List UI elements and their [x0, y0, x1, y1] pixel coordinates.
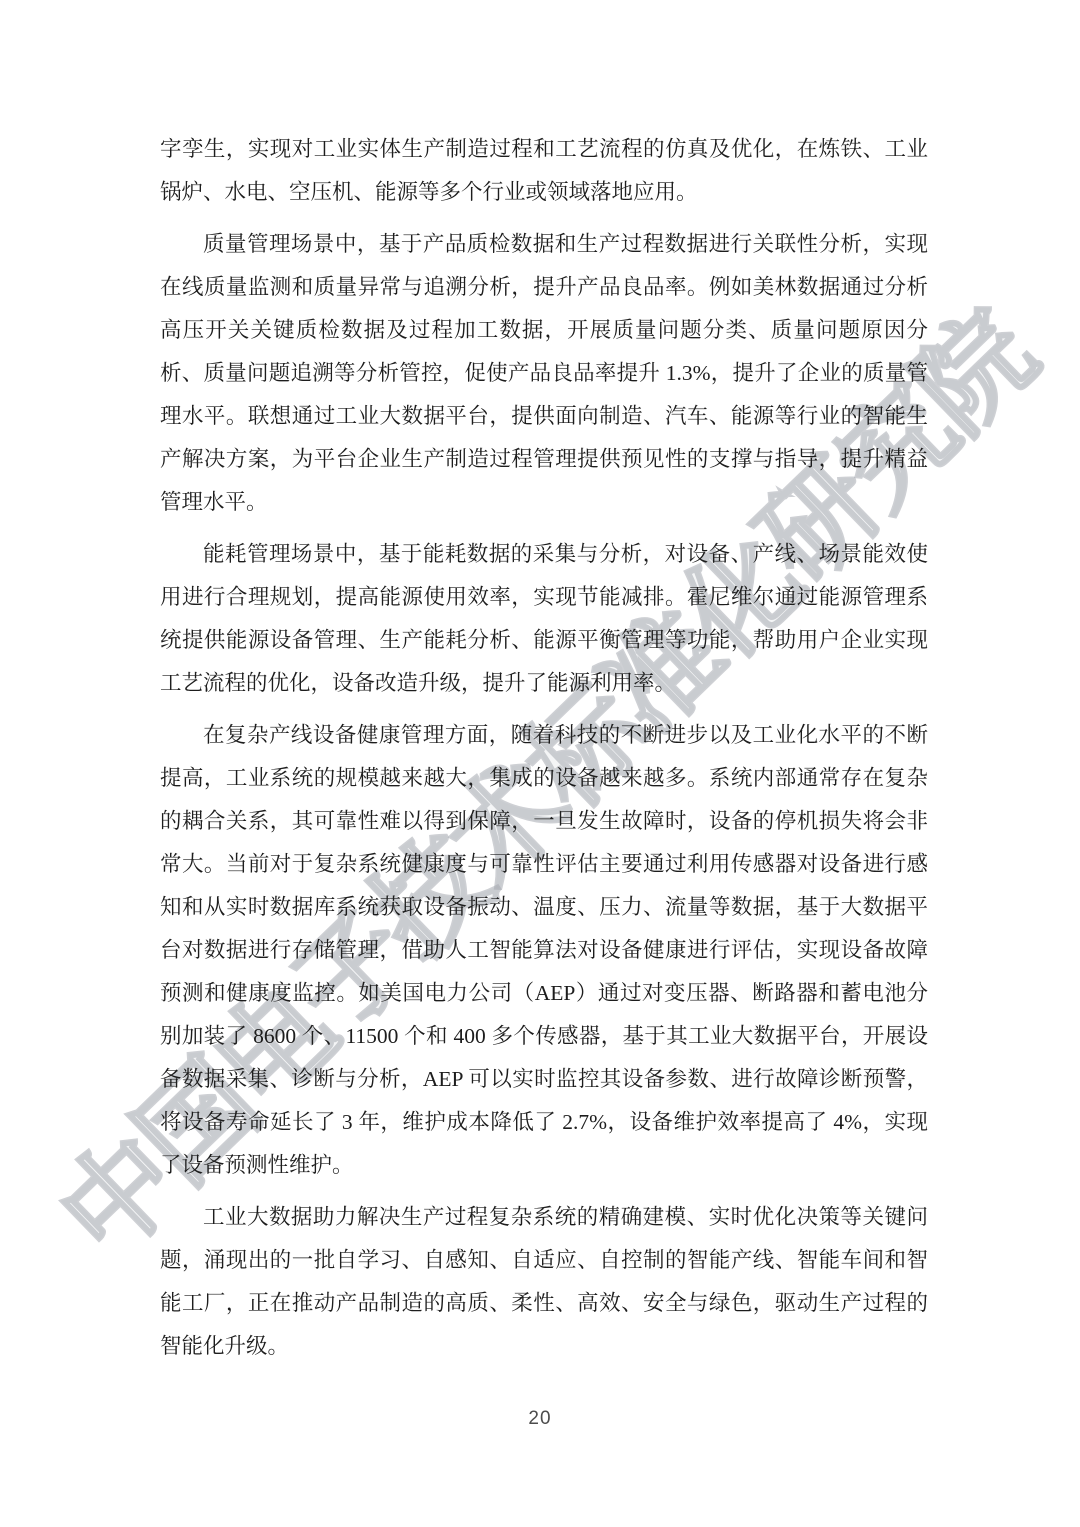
- paragraph-industrial-bigdata-summary: 工业大数据助力解决生产过程复杂系统的精确建模、实时优化决策等关键问题，涌现出的一…: [160, 1196, 928, 1368]
- document-page: 中国电子技术标准化研究院 字孪生，实现对工业实体生产制造过程和工艺流程的仿真及优…: [0, 0, 1080, 1527]
- page-content: 字孪生，实现对工业实体生产制造过程和工艺流程的仿真及优化，在炼铁、工业锅炉、水电…: [160, 128, 928, 1377]
- page-number: 20: [528, 1408, 551, 1430]
- paragraph-equipment-health: 在复杂产线设备健康管理方面，随着科技的不断进步以及工业化水平的不断提高，工业系统…: [160, 714, 928, 1187]
- page-footer: 20: [0, 1408, 1080, 1430]
- paragraph-digital-twin-continuation: 字孪生，实现对工业实体生产制造过程和工艺流程的仿真及优化，在炼铁、工业锅炉、水电…: [160, 128, 928, 214]
- paragraph-energy-management: 能耗管理场景中，基于能耗数据的采集与分析，对设备、产线、场景能效使用进行合理规划…: [160, 533, 928, 705]
- paragraph-quality-management: 质量管理场景中，基于产品质检数据和生产过程数据进行关联性分析，实现在线质量监测和…: [160, 223, 928, 524]
